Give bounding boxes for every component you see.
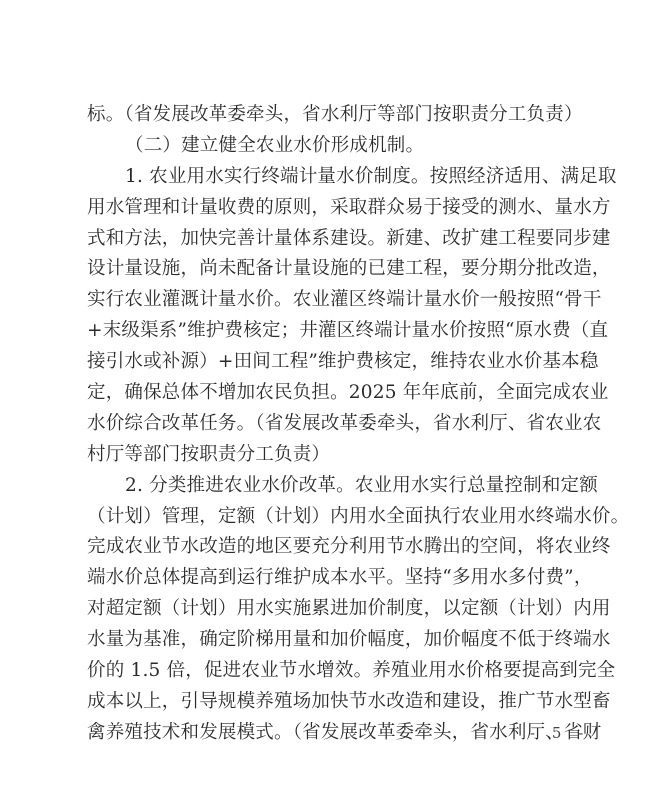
text-line: 接引水或补源）+田间工程”维护费核定，维持农业水价基本稳	[87, 347, 571, 378]
text-line: 1. 农业用水实行终端计量水价制度。按照经济适用、满足取	[87, 162, 571, 193]
text-line: 村厅等部门按职责分工负责）	[87, 440, 571, 471]
page-number: - 5 -	[530, 724, 589, 742]
text-line: 端水价总体提高到运行维护成本水平。坚持“多用水多付费”，	[87, 563, 571, 594]
text-line: 用水管理和计量收费的原则，采取群众易于接受的测水、量水方	[87, 193, 571, 224]
text-line: 定，确保总体不增加农民负担。2025 年年底前，全面完成农业	[87, 378, 571, 409]
text-line: +末级渠系”维护费核定；井灌区终端计量水价按照“原水费（直	[87, 316, 571, 347]
text-line: 成本以上，引导规模养殖场加快节水改造和建设，推广节水型畜	[87, 687, 571, 718]
document-page: 标。（省发展改革委牵头，省水利厅等部门按职责分工负责） （二）建立健全农业水价形…	[0, 0, 650, 800]
text-line: 标。（省发展改革委牵头，省水利厅等部门按职责分工负责）	[87, 100, 571, 131]
text-line: 2. 分类推进农业水价改革。农业用水实行总量控制和定额	[87, 471, 571, 502]
text-line: 对超定额（计划）用水实施累进加价制度，以定额（计划）内用	[87, 594, 571, 625]
text-line: 实行农业灌溉计量水价。农业灌区终端计量水价一般按照“骨干	[87, 285, 571, 316]
text-line: 水价综合改革任务。（省发展改革委牵头，省水利厅、省农业农	[87, 409, 571, 440]
section-heading: （二）建立健全农业水价形成机制。	[87, 131, 571, 162]
text-line: 式和方法，加快完善计量体系建设。新建、改扩建工程要同步建	[87, 224, 571, 255]
text-line: 水量为基准，确定阶梯用量和加价幅度，加价幅度不低于终端水	[87, 625, 571, 656]
text-line: 禽养殖技术和发展模式。（省发展改革委牵头，省水利厅、省财	[87, 718, 571, 749]
body-text: 标。（省发展改革委牵头，省水利厅等部门按职责分工负责） （二）建立健全农业水价形…	[87, 100, 571, 749]
text-line: （计划）管理，定额（计划）内用水全面执行农业用水终端水价。	[87, 502, 571, 533]
text-line: 价的 1.5 倍，促进农业节水增效。养殖业用水价格要提高到完全	[87, 656, 571, 687]
text-line: 设计量设施，尚未配备计量设施的已建工程，要分期分批改造，	[87, 254, 571, 285]
text-line: 完成农业节水改造的地区要充分利用节水腾出的空间，将农业终	[87, 532, 571, 563]
